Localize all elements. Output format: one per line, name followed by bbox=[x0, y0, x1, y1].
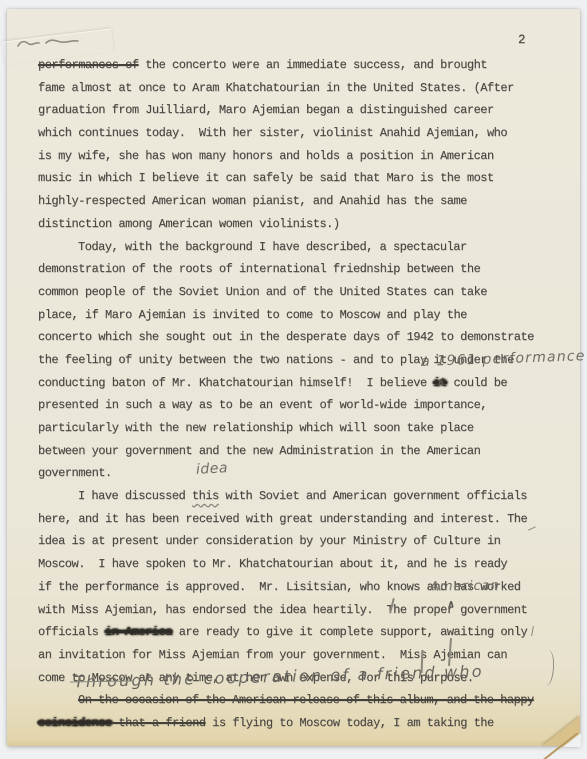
typed-line: which continues today. With her sister, … bbox=[38, 122, 558, 145]
typed-line: conducting baton of Mr. Khatchatourian h… bbox=[38, 372, 558, 395]
typed-line: is my wife, she has won many honors and … bbox=[38, 145, 558, 168]
typed-segment: place, if Maro Ajemian is invited to com… bbox=[38, 308, 467, 322]
typed-line: particularly with the new relationship w… bbox=[38, 417, 558, 440]
typed-line: common people of the Soviet Union and of… bbox=[38, 281, 558, 304]
typed-line: idea is at present under consideration b… bbox=[38, 530, 558, 553]
typed-line: here, and it has been received with grea… bbox=[38, 508, 558, 531]
typed-line: I have discussed this with Soviet and Am… bbox=[38, 485, 558, 508]
typed-segment: officials bbox=[38, 625, 105, 639]
typed-segment-strike: that a friend bbox=[112, 716, 206, 730]
typed-segment-uline: this bbox=[192, 489, 219, 503]
typed-line: presented in such a way as to be an even… bbox=[38, 394, 558, 417]
typed-line: between your government and the new Admi… bbox=[38, 440, 558, 463]
typed-line: government. bbox=[38, 462, 558, 485]
typed-line: coincidence that a friend is flying to M… bbox=[38, 712, 558, 735]
insertion-caret-icon: ∧ bbox=[447, 599, 455, 610]
typed-segment: Today, with the background I have descri… bbox=[78, 240, 467, 254]
typed-segment-blackout: in America bbox=[105, 625, 172, 639]
typed-segment: are ready to give it complete support, a… bbox=[172, 625, 527, 639]
typed-line: place, if Maro Ajemian is invited to com… bbox=[38, 304, 558, 327]
typed-line: highly-respected American woman pianist,… bbox=[38, 190, 558, 213]
typed-segment: could be bbox=[447, 376, 507, 390]
typed-line: graduation from Juilliard, Maro Ajemian … bbox=[38, 99, 558, 122]
typed-segment: fame almost at once to Aram Khatchatouri… bbox=[38, 81, 514, 95]
typed-segment: distinction among American women violini… bbox=[38, 217, 340, 231]
handwritten-american-insert: American bbox=[430, 578, 500, 594]
typed-segment: an invitation for Miss Ajemian from your… bbox=[38, 648, 507, 662]
typed-segment: demonstration of the roots of internatio… bbox=[38, 262, 480, 276]
typed-segment-blackout: coincidence bbox=[38, 716, 112, 730]
typed-text: performances of the concerto were an imm… bbox=[38, 54, 558, 735]
typed-segment: highly-respected American woman pianist,… bbox=[38, 194, 467, 208]
typed-line: Moscow. I have spoken to Mr. Khatchatour… bbox=[38, 553, 558, 576]
typed-line: On the occasion of the American release … bbox=[38, 689, 558, 712]
typed-segment: government. bbox=[38, 466, 112, 480]
typed-segment-strike: performances of bbox=[38, 58, 139, 72]
typed-segment: music in which I believe it can safely b… bbox=[38, 171, 494, 185]
typed-line: performances of the concerto were an imm… bbox=[38, 54, 558, 77]
typed-segment: Moscow. I have spoken to Mr. Khatchatour… bbox=[38, 557, 507, 571]
handwritten-idea-note: idea bbox=[196, 460, 229, 478]
typed-segment: is flying to Moscow today, I am taking t… bbox=[206, 716, 494, 730]
typed-line: demonstration of the roots of internatio… bbox=[38, 258, 558, 281]
document-page: 2 performances of the concerto were an i… bbox=[0, 0, 587, 759]
typed-segment: idea is at present under consideration b… bbox=[38, 534, 500, 548]
typed-segment: presented in such a way as to be an even… bbox=[38, 398, 487, 412]
page-number: 2 bbox=[518, 33, 526, 47]
typed-segment: conducting baton of Mr. Khatchatourian h… bbox=[38, 376, 433, 390]
typed-segment: particularly with the new relationship w… bbox=[38, 421, 474, 435]
pencil-squiggle bbox=[16, 33, 80, 53]
typed-segment: common people of the Soviet Union and of… bbox=[38, 285, 487, 299]
typed-segment-strike: On the occasion of the American release … bbox=[78, 693, 534, 707]
typed-segment: is my wife, she has won many honors and … bbox=[38, 149, 494, 163]
typed-segment: concerto which she sought out in the des… bbox=[38, 330, 534, 344]
dog-ear-notch bbox=[563, 733, 581, 747]
typed-line: concerto which she sought out in the des… bbox=[38, 326, 558, 349]
typed-segment: between your government and the new Admi… bbox=[38, 444, 480, 458]
typed-segment: graduation from Juilliard, Maro Ajemian … bbox=[38, 103, 494, 117]
typed-segment: I have discussed bbox=[78, 489, 192, 503]
typed-line: Today, with the background I have descri… bbox=[38, 236, 558, 259]
typed-line: distinction among American women violini… bbox=[38, 213, 558, 236]
typed-line: music in which I believe it can safely b… bbox=[38, 167, 558, 190]
typed-line: officials in America are ready to give i… bbox=[38, 621, 558, 644]
typed-segment: with Soviet and American government offi… bbox=[219, 489, 527, 503]
insertion-caret-icon: ∧ bbox=[436, 375, 446, 389]
typed-segment: here, and it has been received with grea… bbox=[38, 512, 527, 526]
typed-segment: which continues today. With her sister, … bbox=[38, 126, 507, 140]
typed-line: with Miss Ajemian, has endorsed the idea… bbox=[38, 599, 558, 622]
typed-segment: the concerto were an immediate success, … bbox=[139, 58, 487, 72]
typed-line: fame almost at once to Aram Khatchatouri… bbox=[38, 77, 558, 100]
